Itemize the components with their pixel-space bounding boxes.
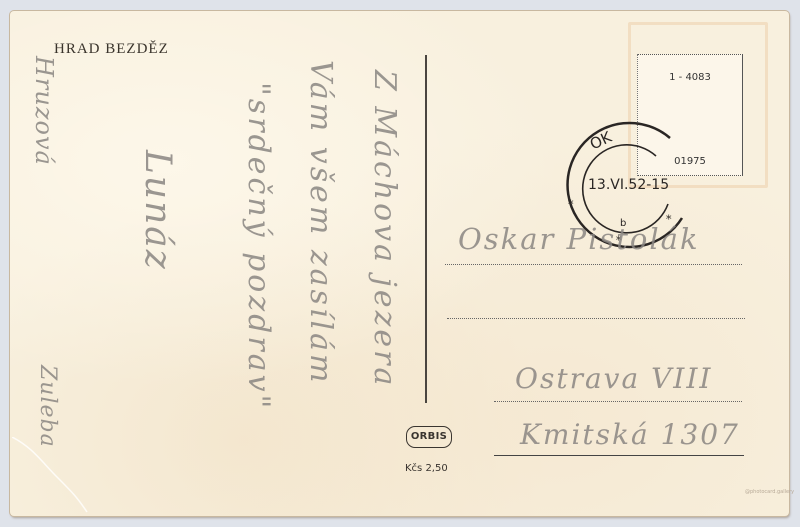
stamp-code: 1 - 4083 [638,72,742,83]
signature-3: Zuleba [35,365,60,448]
message-line-1: Z Máchova jezera [367,70,402,388]
signature-1: Hruzová [30,56,58,166]
price-label: Kčs 2,50 [405,463,448,474]
address-city: Ostrava VIII [515,362,712,395]
postcard-title: HRAD BEZDĚZ [54,41,169,58]
address-line-1 [445,264,742,265]
address-name: Oskar Pistolák [458,222,700,256]
publisher-logo: ORBIS [406,426,452,448]
signature-2: Lunáz [137,150,178,271]
postmark-town: OK [587,127,615,153]
address-street: Kmitská 1307 [520,418,740,451]
svg-text:*: * [568,198,574,211]
message-line-3: "srdečný pozdrav" [241,82,276,411]
postmark-date: 13.VI.52-15 [588,177,669,193]
address-line-4 [494,455,744,456]
center-divider-line [425,55,427,403]
watermark: @photocard.gallery [745,489,794,495]
crease-mark [12,437,92,517]
address-line-3 [494,401,742,402]
message-line-2: Vám všem zasílám [303,60,338,385]
address-line-2 [447,318,745,319]
